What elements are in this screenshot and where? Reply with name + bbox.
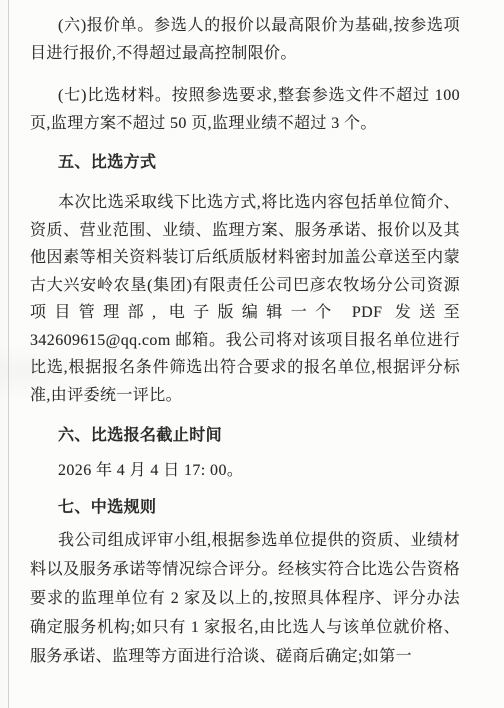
heading-section-5-comparison-method: 五、比选方式 [30,149,460,177]
paragraph-item-6-quotation: (六)报价单。参选人的报价以最高限价为基础,按参选项目进行报价,不得超过最高控制… [30,12,460,67]
paragraph-comparison-method-body: 本次比选采取线下比选方式,将比选内容包括单位简介、资质、营业范围、业绩、监理方案… [30,189,460,409]
heading-section-7-selection-rules: 七、中选规则 [30,494,460,522]
scan-edge-line [8,0,9,708]
heading-section-6-deadline: 六、比选报名截止时间 [30,422,460,450]
paragraph-item-7-materials: (七)比选材料。按照参选要求,整套参选文件不超过 100 页,监理方案不超过 5… [30,82,460,137]
scanned-document-page: (六)报价单。参选人的报价以最高限价为基础,按参选项目进行报价,不得超过最高控制… [0,0,504,708]
paragraph-selection-rules-body: 我公司组成评审小组,根据参选单位提供的资质、业绩材料以及服务承诺等情况综合评分。… [30,526,460,671]
paragraph-deadline-date: 2026 年 4 月 4 日 17: 00。 [30,457,460,485]
